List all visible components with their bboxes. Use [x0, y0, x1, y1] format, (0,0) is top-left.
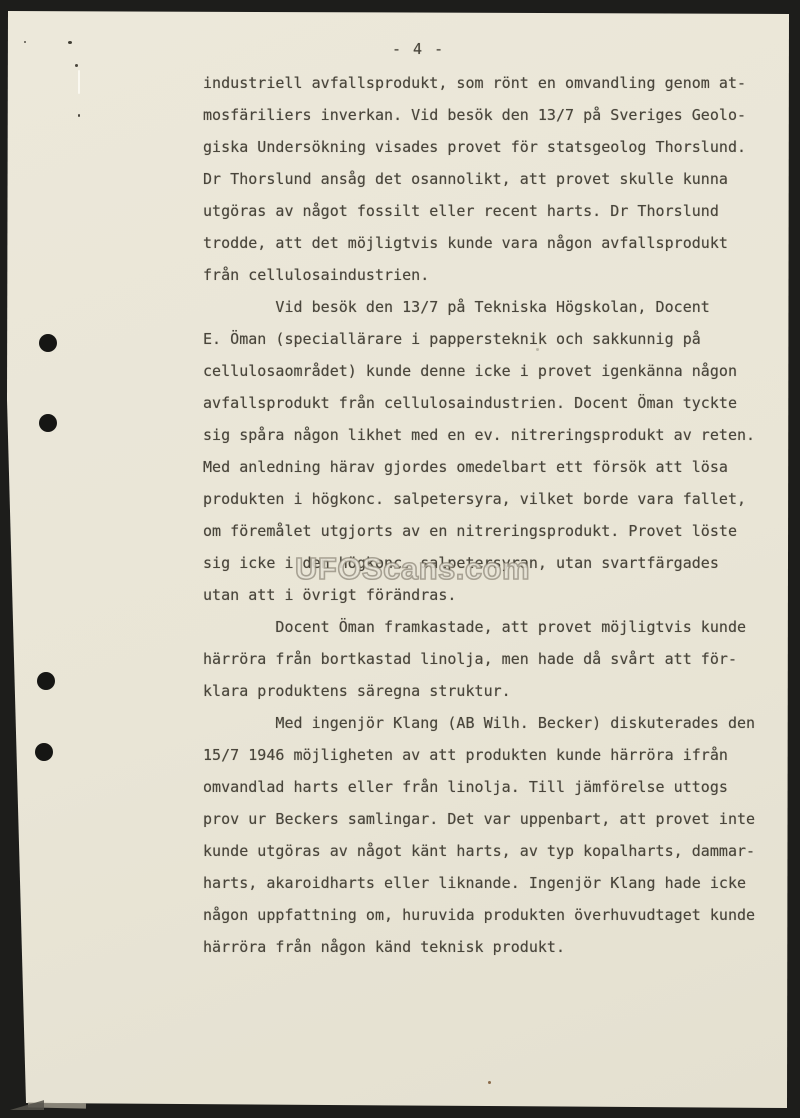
text-line: Vid besök den 13/7 på Tekniska Högskolan… — [203, 291, 768, 323]
punch-hole — [35, 743, 53, 761]
text-line: giska Undersökning visades provet för st… — [203, 131, 768, 163]
document-page: - 4 - industriell avfallsprodukt, som rö… — [0, 0, 800, 1118]
document-body-text: industriell avfallsprodukt, som rönt en … — [203, 67, 768, 963]
paper-speck — [68, 41, 72, 44]
punch-hole — [39, 414, 57, 432]
text-line: 15/7 1946 möjligheten av att produkten k… — [203, 739, 768, 771]
scanned-page-background: - 4 - industriell avfallsprodukt, som rö… — [0, 0, 800, 1118]
watermark: UFOScans.com — [295, 551, 530, 587]
paper-speck — [75, 64, 78, 67]
text-line: om föremålet utgjorts av en nitreringspr… — [203, 515, 768, 547]
text-line: prov ur Beckers samlingar. Det var uppen… — [203, 803, 768, 835]
text-line: Docent Öman framkastade, att provet möjl… — [203, 611, 768, 643]
text-line: cellulosaområdet) kunde denne icke i pro… — [203, 355, 768, 387]
text-line: härröra från bortkastad linolja, men had… — [203, 643, 768, 675]
text-line: harts, akaroidharts eller liknande. Inge… — [203, 867, 768, 899]
page-number: - 4 - — [392, 41, 445, 57]
text-line: från cellulosaindustrien. — [203, 259, 768, 291]
paper-speck — [488, 1081, 491, 1084]
text-line: Dr Thorslund ansåg det osannolikt, att p… — [203, 163, 768, 195]
text-line: produkten i högkonc. salpetersyra, vilke… — [203, 483, 768, 515]
text-line: avfallsprodukt från cellulosaindustrien.… — [203, 387, 768, 419]
text-line: trodde, att det möjligtvis kunde vara nå… — [203, 227, 768, 259]
text-line: klara produktens säregna struktur. — [203, 675, 768, 707]
text-line: Med ingenjör Klang (AB Wilh. Becker) dis… — [203, 707, 768, 739]
text-line: härröra från någon känd teknisk produkt. — [203, 931, 768, 963]
text-line: kunde utgöras av något känt harts, av ty… — [203, 835, 768, 867]
text-line: omvandlad harts eller från linolja. Till… — [203, 771, 768, 803]
text-line: utgöras av något fossilt eller recent ha… — [203, 195, 768, 227]
punch-hole — [37, 672, 55, 690]
text-line: sig spåra någon likhet med en ev. nitrer… — [203, 419, 768, 451]
text-line: mosfäriliers inverkan. Vid besök den 13/… — [203, 99, 768, 131]
paper-speck — [78, 114, 80, 117]
text-line: någon uppfattning om, huruvida produkten… — [203, 899, 768, 931]
text-line: E. Öman (speciallärare i pappersteknik o… — [203, 323, 768, 355]
punch-hole — [39, 334, 57, 352]
paper-scratch — [78, 70, 80, 94]
paper-speck — [536, 348, 539, 351]
text-line: Med anledning härav gjordes omedelbart e… — [203, 451, 768, 483]
paper-speck — [24, 41, 26, 43]
text-line: industriell avfallsprodukt, som rönt en … — [203, 67, 768, 99]
